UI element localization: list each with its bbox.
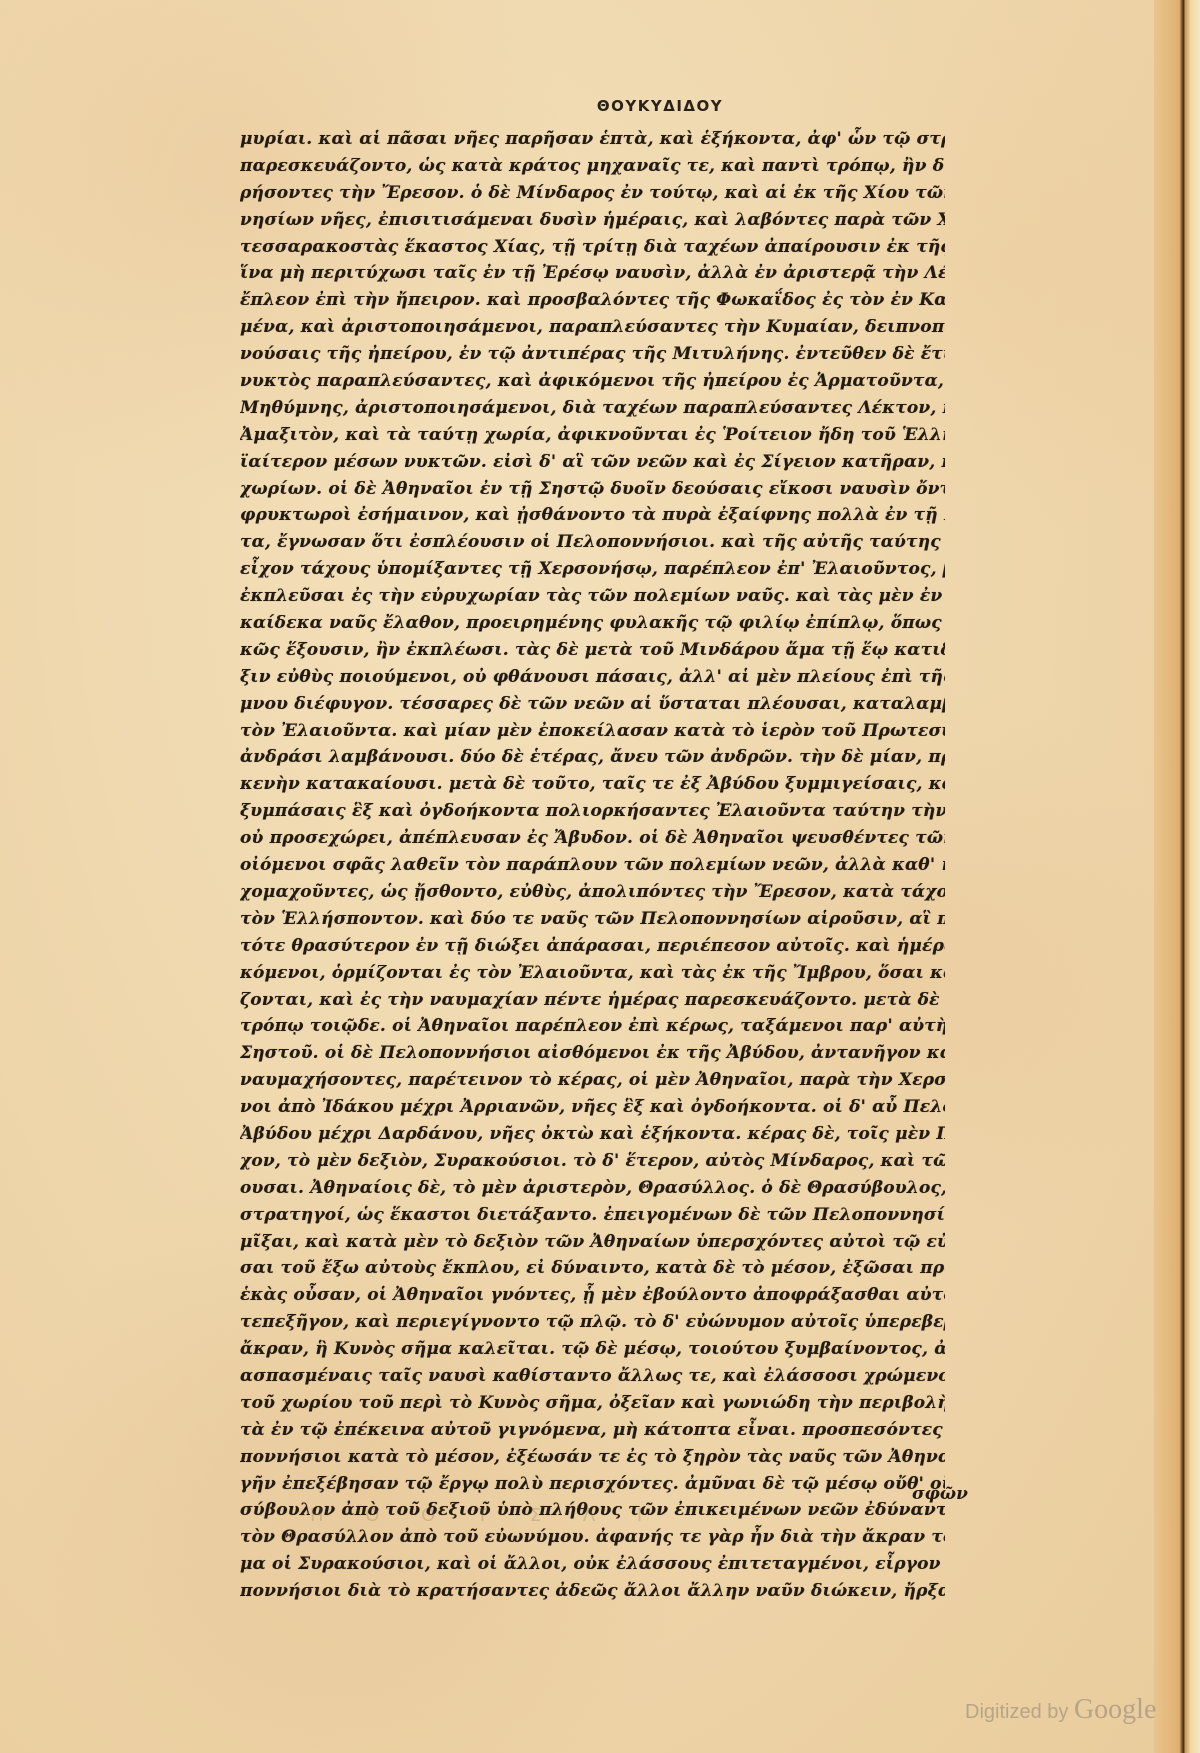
digitized-by-watermark: Digitized by Google: [965, 1694, 1156, 1726]
text-line: ἀνδράσι λαμβάνουσι. δύο δὲ ἑτέρας, ἄνευ …: [240, 744, 945, 771]
text-line: Ἀβύδου μέχρι Δαρδάνου, νῆες ὀκτὼ καὶ ἑξή…: [240, 1121, 945, 1148]
text-line: νυκτὸς παραπλεύσαντες, καὶ ἀφικόμενοι τῆ…: [240, 368, 945, 395]
text-line: ρήσοντες τὴν Ἔρεσον. ὁ δὲ Μίνδαρος ἐν το…: [240, 180, 945, 207]
text-line: ασπασμέναις ταῖς ναυσὶ καθίσταντο ἄλλως …: [240, 1363, 945, 1390]
text-line: παρεσκευάζοντο, ὡς κατὰ κράτος μηχαναῖς …: [240, 153, 945, 180]
text-line: φρυκτωροὶ ἐσήμαινον, καὶ ᾐσθάνοντο τὰ πυ…: [240, 502, 945, 529]
text-line: νοι ἀπὸ Ἰδάκου μέχρι Ἀρριανῶν, νῆες ἓξ κ…: [240, 1094, 945, 1121]
bleed-through-text: Η Ο Ο Τ Σ Λ Ι: [310, 1505, 660, 1526]
text-line: τὰ ἐν τῷ ἐπέκεινα αὐτοῦ γιγνόμενα, μὴ κά…: [240, 1417, 945, 1444]
text-line: νησίων νῆες, ἐπισιτισάμεναι δυσὶν ἡμέραι…: [240, 207, 945, 234]
text-line: μα οἱ Συρακούσιοι, καὶ οἱ ἄλλοι, οὐκ ἐλά…: [240, 1551, 945, 1578]
text-line: ἑκὰς οὖσαν, οἱ Ἀθηναῖοι γνόντες, ᾗ μὲν ἐ…: [240, 1282, 945, 1309]
page-edge-binding: [1154, 0, 1200, 1753]
text-line: τα, ἔγνωσαν ὅτι ἐσπλέουσιν οἱ Πελοποννήσ…: [240, 529, 945, 556]
text-line: Μηθύμνης, ἀριστοποιησάμενοι, διὰ ταχέων …: [240, 395, 945, 422]
text-line: νούσαις τῆς ἠπείρου, ἐν τῷ ἀντιπέρας τῆς…: [240, 341, 945, 368]
text-line: τεσσαρακοστὰς ἕκαστος Χίας, τῇ τρίτῃ διὰ…: [240, 234, 945, 261]
text-line: μνου διέφυγον. τέσσαρες δὲ τῶν νεῶν αἱ ὕ…: [240, 691, 945, 718]
text-line: τὸν Ἑλλήσποντον. καὶ δύο τε ναῦς τῶν Πελ…: [240, 906, 945, 933]
watermark-brand: Google: [1074, 1694, 1156, 1725]
text-line: στρατηγοί, ὡς ἕκαστοι διετάξαντο. ἐπειγο…: [240, 1202, 945, 1229]
text-line: τὸν Ἐλαιοῦντα. καὶ μίαν μὲν ἐποκείλασαν …: [240, 718, 945, 745]
catchword: σφῶν: [912, 1484, 968, 1504]
text-line: χομαχοῦντες, ὡς ᾔσθοντο, εὐθὺς, ἀπολιπόν…: [240, 879, 945, 906]
text-line: καίδεκα ναῦς ἔλαθον, προειρημένης φυλακῆ…: [240, 610, 945, 637]
text-line: οὐ προσεχώρει, ἀπέπλευσαν ἐς Ἄβυδον. οἱ …: [240, 825, 945, 852]
text-line: μένα, καὶ ἀριστοποιησάμενοι, παραπλεύσαν…: [240, 314, 945, 341]
text-line: ἄκραν, ἣ Κυνὸς σῆμα καλεῖται. τῷ δὲ μέσῳ…: [240, 1336, 945, 1363]
text-line: εἶχον τάχους ὑπομίξαντες τῇ Χερσονήσῳ, π…: [240, 556, 945, 583]
text-line: τοῦ χωρίου τοῦ περὶ τὸ Κυνὸς σῆμα, ὀξεῖα…: [240, 1390, 945, 1417]
text-line: κόμενοι, ὁρμίζονται ἐς τὸν Ἐλαιοῦντα, κα…: [240, 960, 945, 987]
text-line: ξυμπάσαις ἓξ καὶ ὀγδοήκοντα πολιορκήσαντ…: [240, 798, 945, 825]
text-line: Σηστοῦ. οἱ δὲ Πελοποννήσιοι αἰσθόμενοι ἐ…: [240, 1040, 945, 1067]
text-line: ζονται, καὶ ἐς τὴν ναυμαχίαν πέντε ἡμέρα…: [240, 987, 945, 1014]
text-line: κῶς ἕξουσιν, ἢν ἐκπλέωσι. τὰς δὲ μετὰ το…: [240, 637, 945, 664]
text-line: ποννήσιοι κατὰ τὸ μέσον, ἐξέωσάν τε ἐς τ…: [240, 1444, 945, 1471]
text-line: τρόπῳ τοιῷδε. οἱ Ἀθηναῖοι παρέπλεον ἐπὶ …: [240, 1013, 945, 1040]
text-line: ξιν εὐθὺς ποιούμενοι, οὐ φθάνουσι πάσαις…: [240, 664, 945, 691]
text-line: κενὴν κατακαίουσι. μετὰ δὲ τοῦτο, ταῖς τ…: [240, 771, 945, 798]
text-line: ϊαίτερον μέσων νυκτῶν. εἰσὶ δ' αἳ τῶν νε…: [240, 449, 945, 476]
text-line: τεπεξῆγον, καὶ περιεγίγνοντο τῷ πλῷ. τὸ …: [240, 1309, 945, 1336]
text-line: ἔπλεον ἐπὶ τὴν ἤπειρον. καὶ προσβαλόντες…: [240, 287, 945, 314]
text-line: χον, τὸ μὲν δεξιὸν, Συρακούσιοι. τὸ δ' ἕ…: [240, 1148, 945, 1175]
greek-text-block: μυρίαι. καὶ αἱ πᾶσαι νῆες παρῆσαν ἑπτὰ, …: [240, 126, 945, 1605]
text-line: οἰόμενοι σφᾶς λαθεῖν τὸν παράπλουν τῶν π…: [240, 852, 945, 879]
text-line: ουσαι. Ἀθηναίοις δὲ, τὸ μὲν ἀριστερὸν, Θ…: [240, 1175, 945, 1202]
text-line: μυρίαι. καὶ αἱ πᾶσαι νῆες παρῆσαν ἑπτὰ, …: [240, 126, 945, 153]
watermark-prefix: Digitized by: [965, 1701, 1074, 1723]
text-line: ἵνα μὴ περιτύχωσι ταῖς ἐν τῇ Ἐρέσῳ ναυσὶ…: [240, 260, 945, 287]
text-line: τὸν Θρασύλλον ἀπὸ τοῦ εὐωνύμου. ἀφανής τ…: [240, 1524, 945, 1551]
text-line: μῖξαι, καὶ κατὰ μὲν τὸ δεξιὸν τῶν Ἀθηναί…: [240, 1229, 945, 1256]
running-head: ΘΟΥΚΥΔΙΔΟΥ: [0, 97, 1200, 115]
text-line: γῆν ἐπεξέβησαν τῷ ἔργῳ πολὺ περισχόντες.…: [240, 1471, 945, 1498]
text-line: τότε θρασύτερον ἐν τῇ διώξει ἀπάρασαι, π…: [240, 933, 945, 960]
text-line: σαι τοῦ ἔξω αὐτοὺς ἔκπλου, εἰ δύναιντο, …: [240, 1255, 945, 1282]
text-line: Ἀμαξιτὸν, καὶ τὰ ταύτῃ χωρία, ἀφικνοῦντα…: [240, 422, 945, 449]
text-line: ἐκπλεῦσαι ἐς τὴν εὐρυχωρίαν τὰς τῶν πολε…: [240, 583, 945, 610]
text-line: χωρίων. οἱ δὲ Ἀθηναῖοι ἐν τῇ Σηστῷ δυοῖν…: [240, 476, 945, 503]
text-line: ναυμαχήσοντες, παρέτεινον τὸ κέρας, οἱ μ…: [240, 1067, 945, 1094]
text-line: ποννήσιοι διὰ τὸ κρατήσαντες ἀδεῶς ἄλλοι…: [240, 1578, 945, 1605]
